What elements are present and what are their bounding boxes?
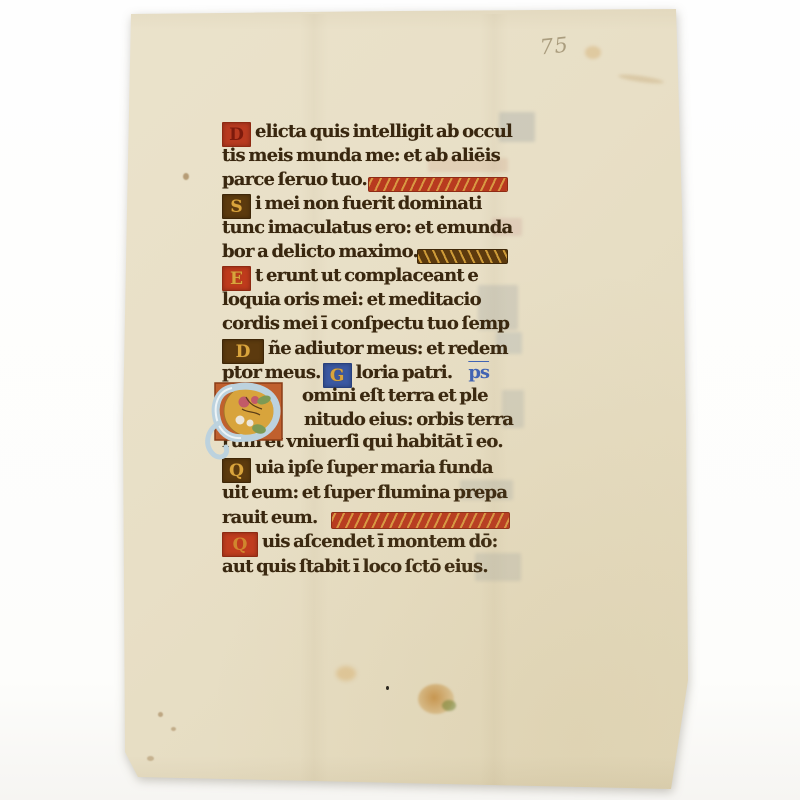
stain <box>618 73 664 85</box>
manuscript-text-line: E t erunt ut complaceant e <box>222 265 478 290</box>
parchment-leaf-wrapper: 75 D elicta quis intelligit ab occul tis… <box>0 0 800 800</box>
manuscript-text-line: S i mei non fuerit dominati <box>222 193 482 218</box>
line-text: ñe adiutor meus: et redem <box>268 338 508 359</box>
line-text: omini eſt terra et ple <box>302 385 488 406</box>
line-text: aut quis ſtabit ī loco ſctō eius. <box>222 556 488 577</box>
line-text: rauit eum. <box>222 507 318 528</box>
manuscript-text-line: aut quis ſtabit ī loco ſctō eius. <box>222 556 488 581</box>
manuscript-text-line: D ñe adiutor meus: et redem <box>222 338 508 363</box>
stain <box>585 46 601 59</box>
line-text: parce ſeruo tuo. <box>222 169 367 190</box>
line-filler-ornament <box>417 249 508 264</box>
versal-initial: S <box>222 194 251 219</box>
manuscript-text-line: parce ſeruo tuo. <box>222 169 367 194</box>
parchment-leaf: 75 D elicta quis intelligit ab occul tis… <box>0 0 800 800</box>
folio-number-pencil: 75 <box>539 33 570 60</box>
illuminated-initial-d <box>198 379 300 463</box>
line-text: t erunt ut complaceant e <box>255 265 478 286</box>
line-text: cordis mei ī conſpectu tuo ſemp <box>222 313 509 334</box>
line-text: loria patri. <box>356 362 453 383</box>
ink-speck <box>386 686 389 690</box>
manuscript-text-line: bor a delicto maximo. <box>222 241 418 266</box>
manuscript-text-line: tunc imaculatus ero: et emunda <box>222 217 512 242</box>
manuscript-text-line: Q uis aſcendet ī montem dō: <box>222 531 497 556</box>
stain <box>336 666 356 681</box>
stain <box>442 700 456 711</box>
line-filler-ornament <box>331 512 510 529</box>
line-text: tunc imaculatus ero: et emunda <box>222 217 512 238</box>
line-text: elicta quis intelligit ab occul <box>255 121 512 142</box>
line-text: i mei non fuerit dominati <box>255 193 482 214</box>
manuscript-text-line: cordis mei ī conſpectu tuo ſemp <box>222 313 509 338</box>
manuscript-text-line: uit eum: et ſuper flumina prepa <box>222 482 507 507</box>
line-text: uit eum: et ſuper flumina prepa <box>222 482 507 503</box>
line-text: loquia oris mei: et meditacio <box>222 289 481 310</box>
manuscript-text-line: D elicta quis intelligit ab occul <box>222 121 512 146</box>
stain <box>183 173 189 180</box>
stain <box>171 727 176 731</box>
line-text: nitudo eius: orbis terra <box>304 409 513 430</box>
stain <box>147 756 154 761</box>
line-text: bor a delicto maximo. <box>222 241 418 262</box>
line-text: uis aſcendet ī montem dō: <box>262 531 497 552</box>
psalm-abbreviation: ps <box>468 362 489 383</box>
versal-initial: D <box>222 122 251 147</box>
versal-initial: Q <box>222 532 258 557</box>
stain <box>158 712 163 717</box>
versal-initial: D <box>222 339 264 364</box>
manuscript-text-line: omini eſt terra et ple <box>302 385 488 410</box>
manuscript-text-line: tis meis munda me: et ab aliēis <box>222 145 500 170</box>
manuscript-text-line: rauit eum. <box>222 507 318 532</box>
versal-initial: E <box>222 266 251 291</box>
line-text: tis meis munda me: et ab aliēis <box>222 145 500 166</box>
manuscript-text-line: loquia oris mei: et meditacio <box>222 289 481 314</box>
line-filler-ornament <box>368 177 508 192</box>
stain <box>418 684 454 714</box>
